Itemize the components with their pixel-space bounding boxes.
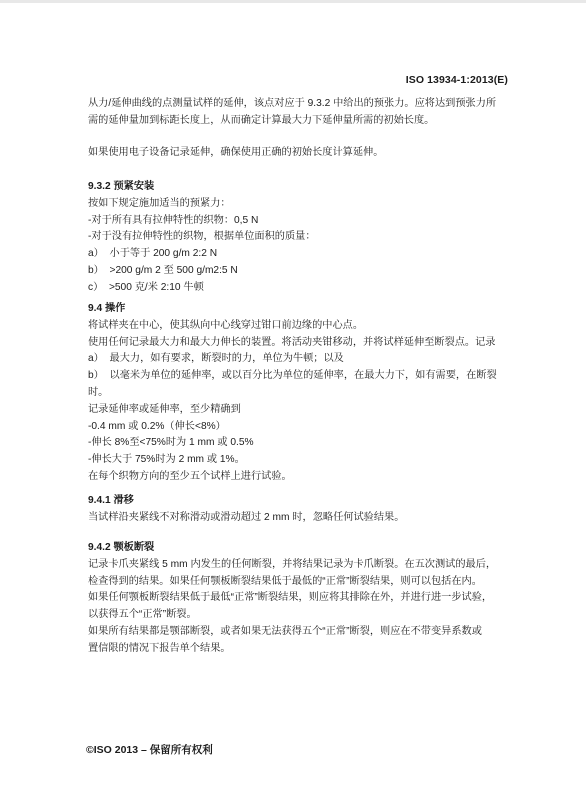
text-line: -0.4 mm 或 0.2%（伸长<8%） xyxy=(88,419,528,436)
page-top-edge-divider xyxy=(0,0,586,3)
section-heading-9-4-2: 9.4.2 颚板断裂 xyxy=(88,540,528,557)
text-line: 如果任何颚板断裂结果低于最低“正常”断裂结果，则应将其排除在外，并进行进一步试验… xyxy=(88,590,528,607)
section-9-4: 9.4 操作 将试样夹在中心，使其纵向中心线穿过钳口前边缘的中心点。 使用任何记… xyxy=(88,301,528,486)
text-line: 以获得五个“正常”断裂。 xyxy=(88,607,528,624)
document-page: { "header": { "standard_ref": "ISO 13934… xyxy=(0,0,586,810)
text-line: 从力/延伸曲线的点测量试样的延伸，该点对应于 9.3.2 中给出的预张力。应将达… xyxy=(88,96,528,113)
text-line: 当试样沿夹紧线不对称滑动或滑动超过 2 mm 时，忽略任何试验结果。 xyxy=(88,510,528,527)
text-line: -对于所有具有拉伸特性的织物：0,5 N xyxy=(88,213,528,230)
text-line: 记录卡爪夹紧线 5 mm 内发生的任何断裂，并将结果记录为卡爪断裂。在五次测试的… xyxy=(88,557,528,574)
text-line: 将试样夹在中心，使其纵向中心线穿过钳口前边缘的中心点。 xyxy=(88,318,528,335)
text-line: 需的延伸量加到标距长度上，从而确定计算最大力下延伸量所需的初始长度。 xyxy=(88,113,528,130)
text-line: 如果所有结果都是颚部断裂，或者如果无法获得五个“正常”断裂，则应在不带变异系数或 xyxy=(88,624,528,641)
list-item-b: b） >200 g/m 2 至 500 g/m2:5 N xyxy=(88,263,528,280)
list-item-a: a） 最大力，如有要求，断裂时的力，单位为牛顿；以及 xyxy=(88,351,528,368)
text-line: 记录延伸率或延伸率，至少精确到 xyxy=(88,402,528,419)
text-line: 按如下规定施加适当的预紧力： xyxy=(88,196,528,213)
intro-paragraph-2: 如果使用电子设备记录延伸，确保使用正确的初始长度计算延伸。 xyxy=(88,145,528,162)
standard-reference-header: ISO 13934-1:2013(E) xyxy=(88,74,508,86)
list-item-c: c） >500 克/米 2:10 牛顿 xyxy=(88,280,528,297)
section-heading-9-4: 9.4 操作 xyxy=(88,301,528,318)
text-line: 时。 xyxy=(88,385,528,402)
section-9-4-1: 9.4.1 滑移 当试样沿夹紧线不对称滑动或滑动超过 2 mm 时，忽略任何试验… xyxy=(88,493,528,527)
copyright-footer: ©ISO 2013 – 保留所有权利 xyxy=(86,742,213,757)
text-line: -伸长 8%至<75%时为 1 mm 或 0.5% xyxy=(88,435,528,452)
section-heading-9-3-2: 9.3.2 预紧安装 xyxy=(88,179,528,196)
list-item-a: a） 小于等于 200 g/m 2:2 N xyxy=(88,246,528,263)
section-9-4-2: 9.4.2 颚板断裂 记录卡爪夹紧线 5 mm 内发生的任何断裂，并将结果记录为… xyxy=(88,540,528,658)
section-heading-9-4-1: 9.4.1 滑移 xyxy=(88,493,528,510)
text-line: 如果使用电子设备记录延伸，确保使用正确的初始长度计算延伸。 xyxy=(88,145,528,162)
text-line: 置信限的情况下报告单个结果。 xyxy=(88,641,528,658)
list-item-b: b） 以毫米为单位的延伸率，或以百分比为单位的延伸率，在最大力下，如有需要，在断… xyxy=(88,368,528,385)
text-line: -对于没有拉伸特性的织物，根据单位面积的质量： xyxy=(88,229,528,246)
text-line: 使用任何记录最大力和最大力伸长的装置。将活动夹钳移动，并将试样延伸至断裂点。记录 xyxy=(88,335,528,352)
intro-paragraph-1: 从力/延伸曲线的点测量试样的延伸，该点对应于 9.3.2 中给出的预张力。应将达… xyxy=(88,96,528,130)
text-line: 检查得到的结果。如果任何颚板断裂结果低于最低的“正常”断裂结果，则可以包括在内。 xyxy=(88,574,528,591)
section-9-3-2: 9.3.2 预紧安装 按如下规定施加适当的预紧力： -对于所有具有拉伸特性的织物… xyxy=(88,179,528,297)
text-line: -伸长大于 75%时为 2 mm 或 1%。 xyxy=(88,452,528,469)
text-line: 在每个织物方向的至少五个试样上进行试验。 xyxy=(88,469,528,486)
